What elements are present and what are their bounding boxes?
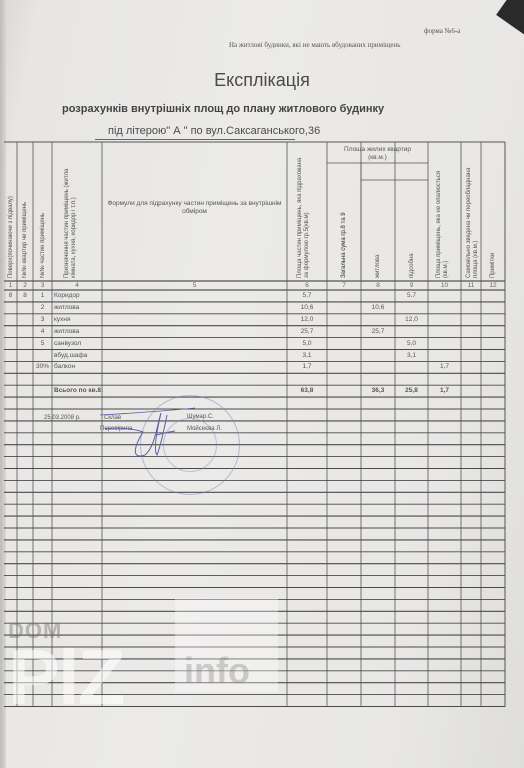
column-number-3: 3 <box>33 282 52 289</box>
column-number-9: 9 <box>395 282 428 289</box>
cell-part-number: 30% <box>33 363 52 370</box>
cell-purpose: кухня <box>54 316 71 323</box>
cell-purpose: вбуд.шафа <box>54 352 87 359</box>
column-header-12: Примітки <box>490 146 497 278</box>
column-header-5: Формули для підрахунку частин приміщень … <box>107 200 282 216</box>
column-number-5: 5 <box>102 282 287 289</box>
cell-auxiliary-area: 3,1 <box>395 352 428 359</box>
column-header-3: №№ частин приміщень <box>40 146 47 278</box>
cell-part-number: 3 <box>33 316 52 323</box>
column-header-9: підсобна <box>409 188 416 278</box>
column-number-7: 7 <box>327 282 361 289</box>
column-header-4: Призначення частин приміщень (житла кімн… <box>64 153 78 278</box>
column-header-8: житлова <box>375 188 382 278</box>
cell-purpose: санвузол <box>54 340 81 347</box>
handwritten-signature <box>95 405 215 465</box>
cell-area: 1,7 <box>287 363 327 370</box>
cell-part-number: 5 <box>33 340 52 347</box>
cell-unheated-area: 1,7 <box>428 363 461 370</box>
cell-auxiliary-area: 5,7 <box>395 292 428 299</box>
cell-area: 12,0 <box>287 316 327 323</box>
column-number-4: 4 <box>52 282 102 289</box>
column-header-10: Площа приміщень, яка не опалюється (кв.м… <box>436 168 450 278</box>
watermark-info: info <box>184 650 250 692</box>
group-header-living-area: Площа жилих квартир(кв.м.) <box>327 146 428 162</box>
cell-purpose: Коридор <box>54 292 80 299</box>
column-number-10: 10 <box>428 282 461 289</box>
column-number-6: 6 <box>287 282 327 289</box>
cell-area: 3,1 <box>287 352 327 359</box>
cell-area: 10,6 <box>287 304 327 311</box>
column-number-11: 11 <box>461 282 481 289</box>
watermark-logo: PlZ <box>8 638 123 716</box>
cell-area: 5,0 <box>287 340 327 347</box>
column-header-2: №№ квартир чи приміщень <box>22 146 29 278</box>
cell-auxiliary-area: 12,0 <box>395 316 428 323</box>
total-unheated-area: 1,7 <box>428 387 461 394</box>
cell-purpose: житлова <box>54 304 79 311</box>
total-auxiliary-area: 25,8 <box>395 387 428 394</box>
cell-purpose: житлова <box>54 328 79 335</box>
column-number-12: 12 <box>481 282 505 289</box>
cell-auxiliary-area: 5,0 <box>395 340 428 347</box>
column-number-8: 8 <box>361 282 395 289</box>
total-label: Всього по кв.8: <box>54 387 103 394</box>
cell-area: 5,7 <box>287 292 327 299</box>
cell-purpose: балкон <box>54 363 75 370</box>
column-number-2: 2 <box>17 282 33 289</box>
column-header-1: Поверх(починаючи з підвалу) <box>8 146 15 278</box>
cell-apartment: 8 <box>17 292 33 299</box>
total-living-area: 36,3 <box>361 387 395 394</box>
column-number-1: 1 <box>4 282 17 289</box>
signature-date: 25.03.2008 р. <box>44 415 81 421</box>
column-header-11: Самовільно зведена чи переобладнана площ… <box>466 158 480 278</box>
total-area: 63,8 <box>287 387 327 394</box>
cell-living-area: 10,6 <box>361 304 395 311</box>
cell-part-number: 1 <box>33 292 52 299</box>
column-header-6: Площа частин приміщень, яка підрахована … <box>297 153 311 278</box>
cell-part-number: 2 <box>33 304 52 311</box>
column-header-7: Загальна сума гр.8 та 9 <box>341 168 348 278</box>
cell-part-number: 4 <box>33 328 52 335</box>
cell-living-area: 25,7 <box>361 328 395 335</box>
cell-area: 25,7 <box>287 328 327 335</box>
cell-floor: 8 <box>4 292 17 299</box>
